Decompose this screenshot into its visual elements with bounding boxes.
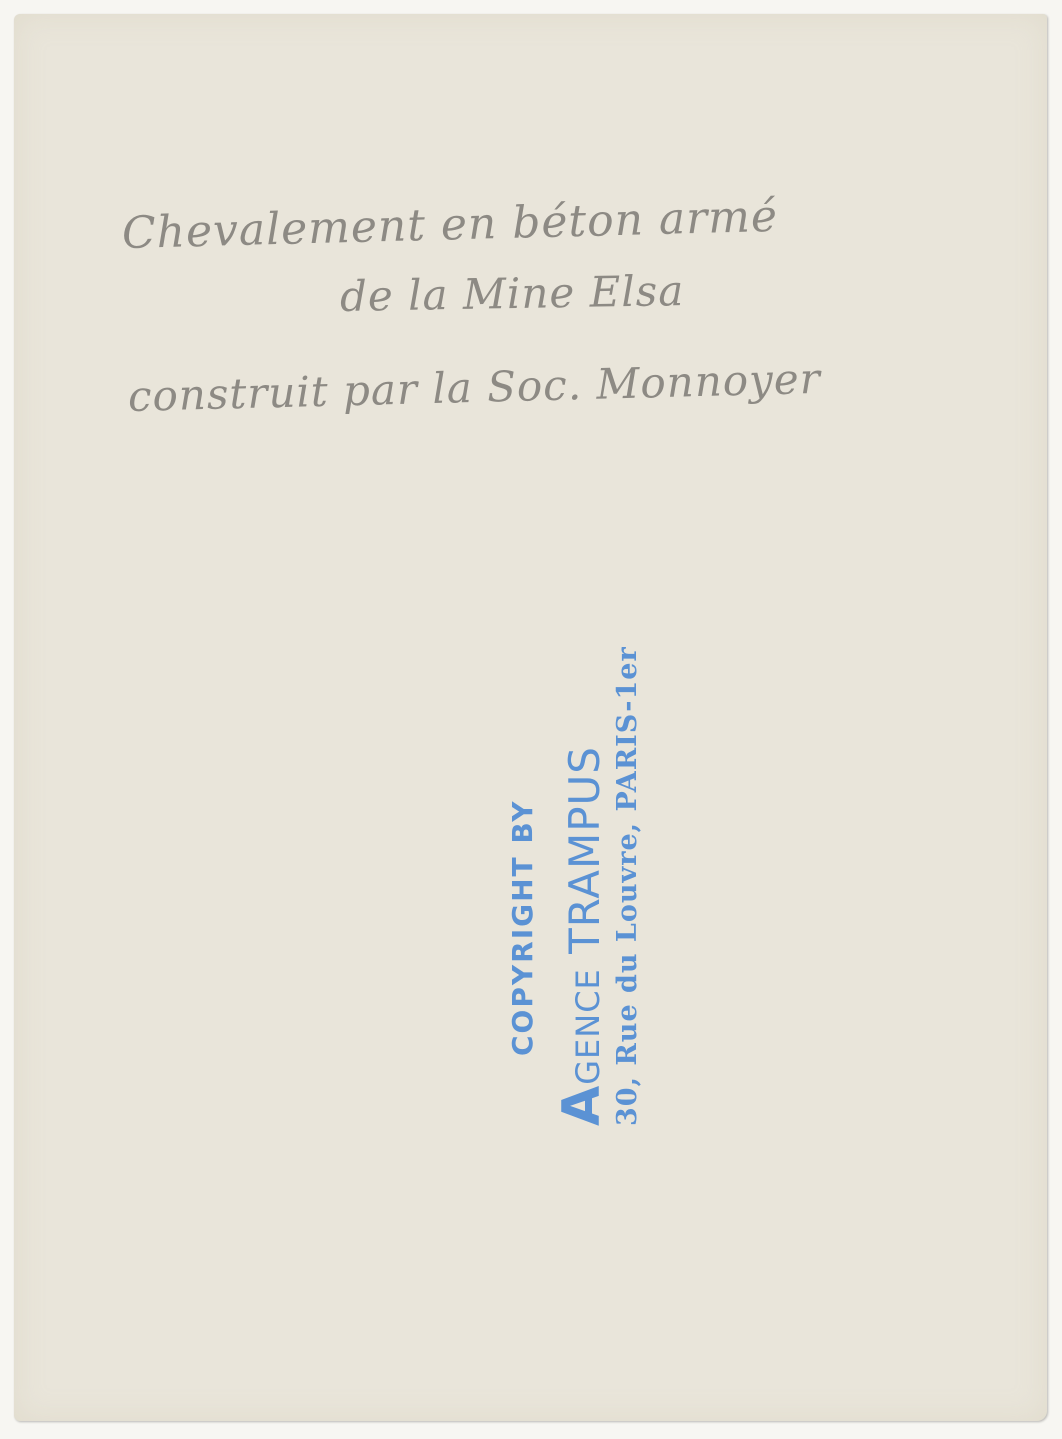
stamp-agency-word: GENCE: [569, 968, 607, 1085]
stamp-address-line: 30, Rue du Louvre, PARIS-1er: [612, 646, 643, 1126]
copyright-stamp: COPYRIGHT BY AGENCE TRAMPUS 30, Rue du L…: [500, 608, 670, 1138]
stamp-agency-line: AGENCE TRAMPUS: [552, 746, 612, 1126]
stamp-agency-name: TRAMPUS: [560, 746, 609, 954]
stamp-copyright-line: COPYRIGHT BY: [506, 800, 539, 1056]
handwritten-caption-line-2: de la Mine Elsa: [340, 266, 685, 321]
stamp-agency-initial: A: [552, 1085, 612, 1126]
